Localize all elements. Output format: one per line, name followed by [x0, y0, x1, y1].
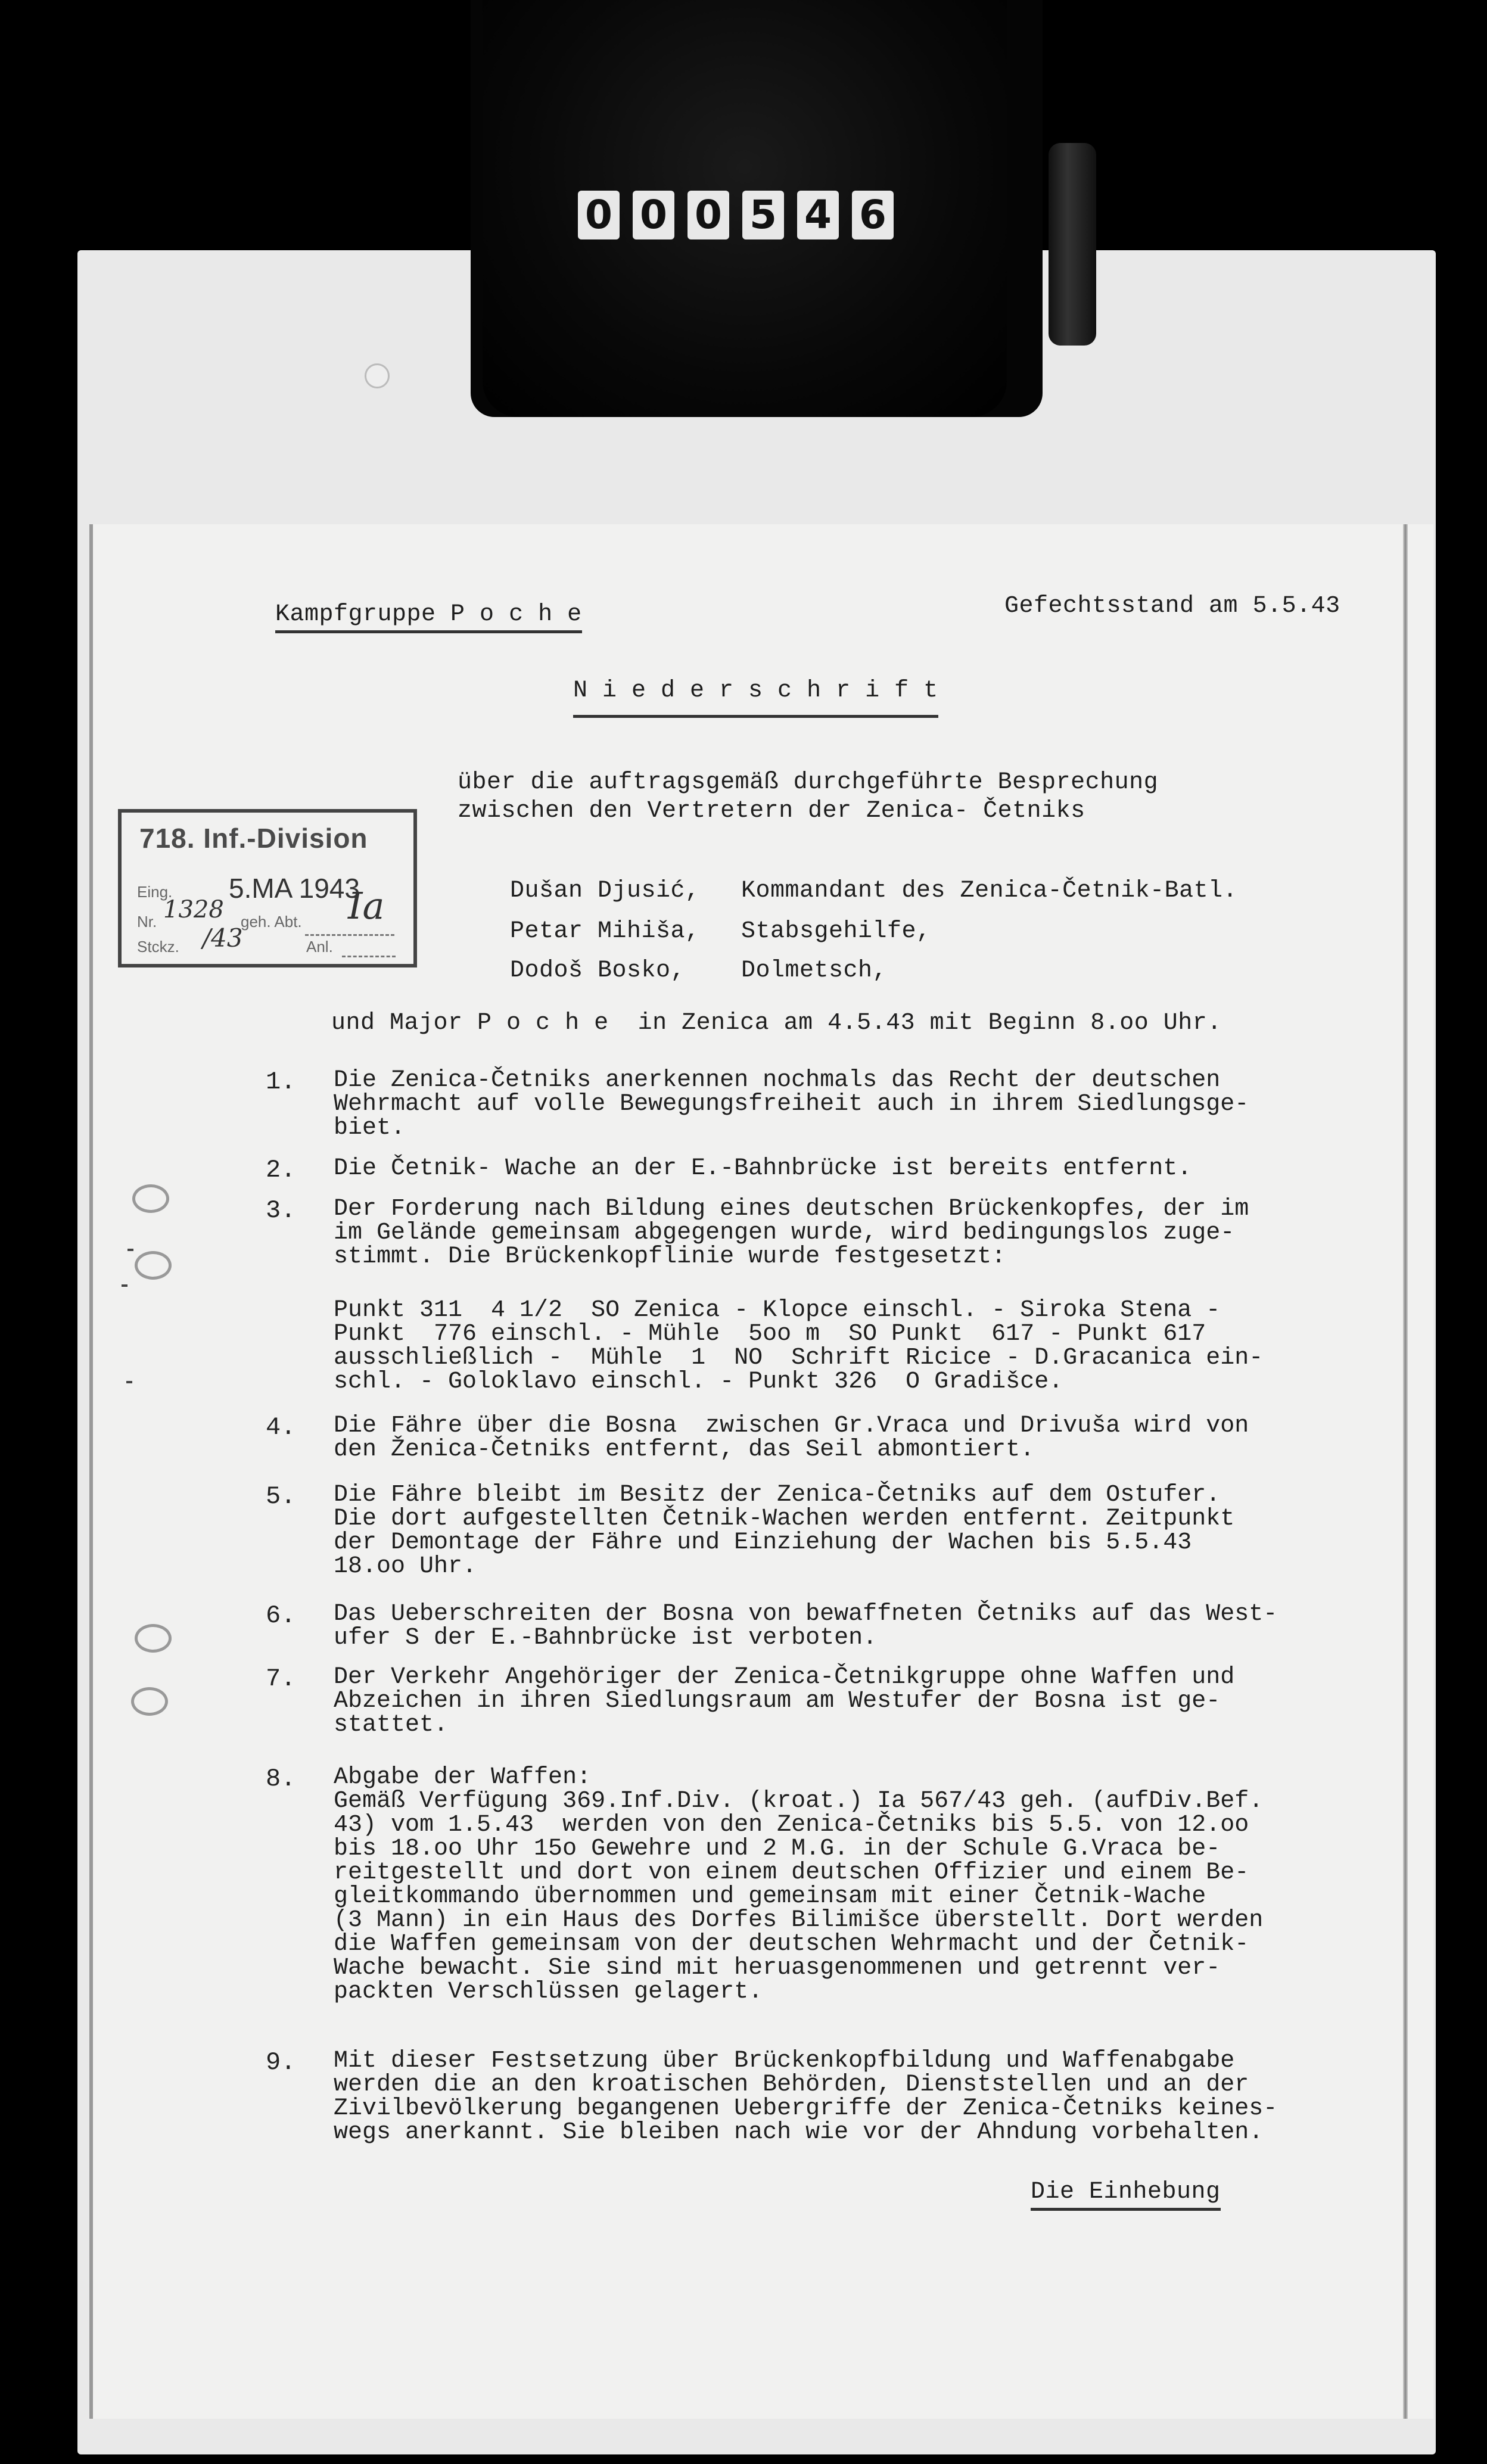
item-text-line: stattet.: [334, 1713, 448, 1737]
participant-role: Stabsgehilfe,: [741, 919, 931, 945]
item-number: 5.: [266, 1483, 295, 1510]
item-text-line: 18.oo Uhr.: [334, 1555, 477, 1579]
participant-role: Dolmetsch,: [741, 958, 887, 984]
item-number: 9.: [266, 2049, 295, 2076]
item-text-line: Punkt 776 einschl. - Mühle 5oo m SO Punk…: [334, 1323, 1206, 1346]
stamp-stckz-label: Stckz.: [137, 938, 179, 956]
item-text-line: Mit dieser Festsetzung über Brückenkopfb…: [334, 2049, 1234, 2073]
participant-name: Petar Mihiša,: [510, 919, 700, 945]
meeting-line: und Major P o c h e in Zenica am 4.5.43 …: [331, 1010, 1222, 1037]
participant-name: Dodoš Bosko,: [510, 958, 685, 984]
item-text-line: ufer S der E.-Bahnbrücke ist verboten.: [334, 1626, 877, 1650]
counter-knob: [1049, 143, 1096, 346]
document-title: N i e d e r s c h r i f t: [573, 678, 938, 718]
item-number: 1.: [266, 1069, 295, 1095]
counter-digit: 5: [742, 191, 784, 239]
item-text-line: Die Fähre bleibt im Besitz der Zenica-Če…: [334, 1483, 1220, 1507]
stamp-anl-label: Anl.: [306, 938, 333, 956]
item-text-line: Der Verkehr Angehöriger der Zenica-Četni…: [334, 1666, 1234, 1690]
item-text-line: stimmt. Die Brückenkopflinie wurde festg…: [334, 1245, 1006, 1269]
item-text-line: bis 18.oo Uhr 15o Gewehre und 2 M.G. in …: [334, 1837, 1220, 1861]
stamp-line: [342, 956, 396, 957]
stamp-nr-label: Nr.: [137, 913, 157, 931]
item-text-line: ausschließlich - Mühle 1 NO Schrift Rici…: [334, 1346, 1263, 1370]
counter-housing: 0 0 0 5 4 6: [483, 0, 1007, 417]
item-number: 6.: [266, 1603, 295, 1629]
item-text-line: Der Forderung nach Bildung eines deutsch…: [334, 1197, 1249, 1221]
item-text-line: schl. - Goloklavo einschl. - Punkt 326 O…: [334, 1370, 1063, 1394]
intro-line: zwischen den Vertretern der Zenica- Četn…: [458, 798, 1085, 825]
item-text-line: gleitkommando übernommen und gemeinsam m…: [334, 1885, 1206, 1909]
item-text-line: Gemäß Verfügung 369.Inf.Div. (kroat.) Ia…: [334, 1790, 1263, 1813]
signature: Die Einhebung: [1031, 2179, 1221, 2211]
item-text-line: packten Verschlüssen gelagert.: [334, 1980, 763, 2004]
item-text-line: Die Četnik- Wache an der E.-Bahnbrücke i…: [334, 1157, 1192, 1181]
counter-digit: 6: [852, 191, 894, 239]
item-text-line: der Demontage der Fähre und Einziehung d…: [334, 1531, 1192, 1555]
item-text-line: Zivilbevölkerung begangenen Uebergriffe …: [334, 2097, 1277, 2121]
stamp-abt-value: Ia: [348, 884, 384, 928]
intro-line: über die auftragsgemäß durchgeführte Bes…: [458, 770, 1158, 796]
receipt-stamp: 718. Inf.-Division Eing. 5.MA 1943 Nr. 1…: [118, 809, 417, 967]
stamp-date: 5.MA 1943: [229, 872, 360, 904]
stamp-line: [305, 934, 394, 936]
item-text-line: Punkt 311 4 1/2 SO Zenica - Klopce einsc…: [334, 1299, 1220, 1323]
counter-digit: 4: [797, 191, 839, 239]
item-text-line: wegs anerkannt. Sie bleiben nach wie vor…: [334, 2121, 1263, 2145]
item-number: 4.: [266, 1414, 295, 1441]
stamp-geh-abt-label: geh. Abt.: [241, 913, 302, 931]
item-text-line: reitgestellt und dort von einem deutsche…: [334, 1861, 1249, 1885]
counter-digit: 0: [687, 191, 729, 239]
item-text-line: biet.: [334, 1116, 405, 1140]
item-text-line: die Waffen gemeinsam von der deutschen W…: [334, 1933, 1249, 1956]
stamp-stckz-value: /43: [203, 923, 243, 953]
item-number: 7.: [266, 1666, 295, 1692]
item-text-line: werden die an den kroatischen Behörden, …: [334, 2073, 1249, 2097]
item-text-line: (3 Mann) in ein Haus des Dorfes Bilimišc…: [334, 1909, 1263, 1933]
frame-counter-digits: 0 0 0 5 4 6: [578, 191, 894, 239]
stamp-nr-value: 1328: [163, 896, 224, 923]
item-text-line: 43) vom 1.5.43 werden von den Zenica-Čet…: [334, 1813, 1249, 1837]
participant-name: Dušan Djusić,: [510, 878, 700, 904]
item-text-line: Die dort aufgestellten Četnik-Wachen wer…: [334, 1507, 1234, 1531]
item-number: 8.: [266, 1766, 295, 1792]
item-text-line: im Gelände gemeinsam abgegengen wurde, w…: [334, 1221, 1234, 1245]
item-text-line: den Ženica-Četniks entfernt, das Seil ab…: [334, 1438, 1034, 1462]
item-text-line: Abgabe der Waffen:: [334, 1766, 591, 1790]
item-number: 3.: [266, 1197, 295, 1224]
participant-role: Kommandant des Zenica-Četnik-Batl.: [741, 878, 1237, 904]
unit-heading: Kampfgruppe P o c h e: [275, 602, 582, 633]
item-text-line: Wache bewacht. Sie sind mit heruasgenomm…: [334, 1956, 1220, 1980]
item-text-line: Abzeichen in ihren Siedlungsraum am West…: [334, 1690, 1220, 1713]
counter-digit: 0: [578, 191, 620, 239]
item-number: 2.: [266, 1157, 295, 1183]
item-text-line: Das Ueberschreiten der Bosna von bewaffn…: [334, 1603, 1277, 1626]
item-text-line: Die Zenica-Četniks anerkennen nochmals d…: [334, 1069, 1220, 1093]
counter-digit: 0: [633, 191, 674, 239]
item-text-line: Wehrmacht auf volle Bewegungsfreiheit au…: [334, 1093, 1249, 1116]
frame-counter-device: 0 0 0 5 4 6: [471, 0, 1043, 417]
item-text-line: Die Fähre über die Bosna zwischen Gr.Vra…: [334, 1414, 1249, 1438]
location-date: Gefechtsstand am 5.5.43: [1004, 593, 1340, 620]
stamp-division: 718. Inf.-Division: [139, 822, 368, 854]
